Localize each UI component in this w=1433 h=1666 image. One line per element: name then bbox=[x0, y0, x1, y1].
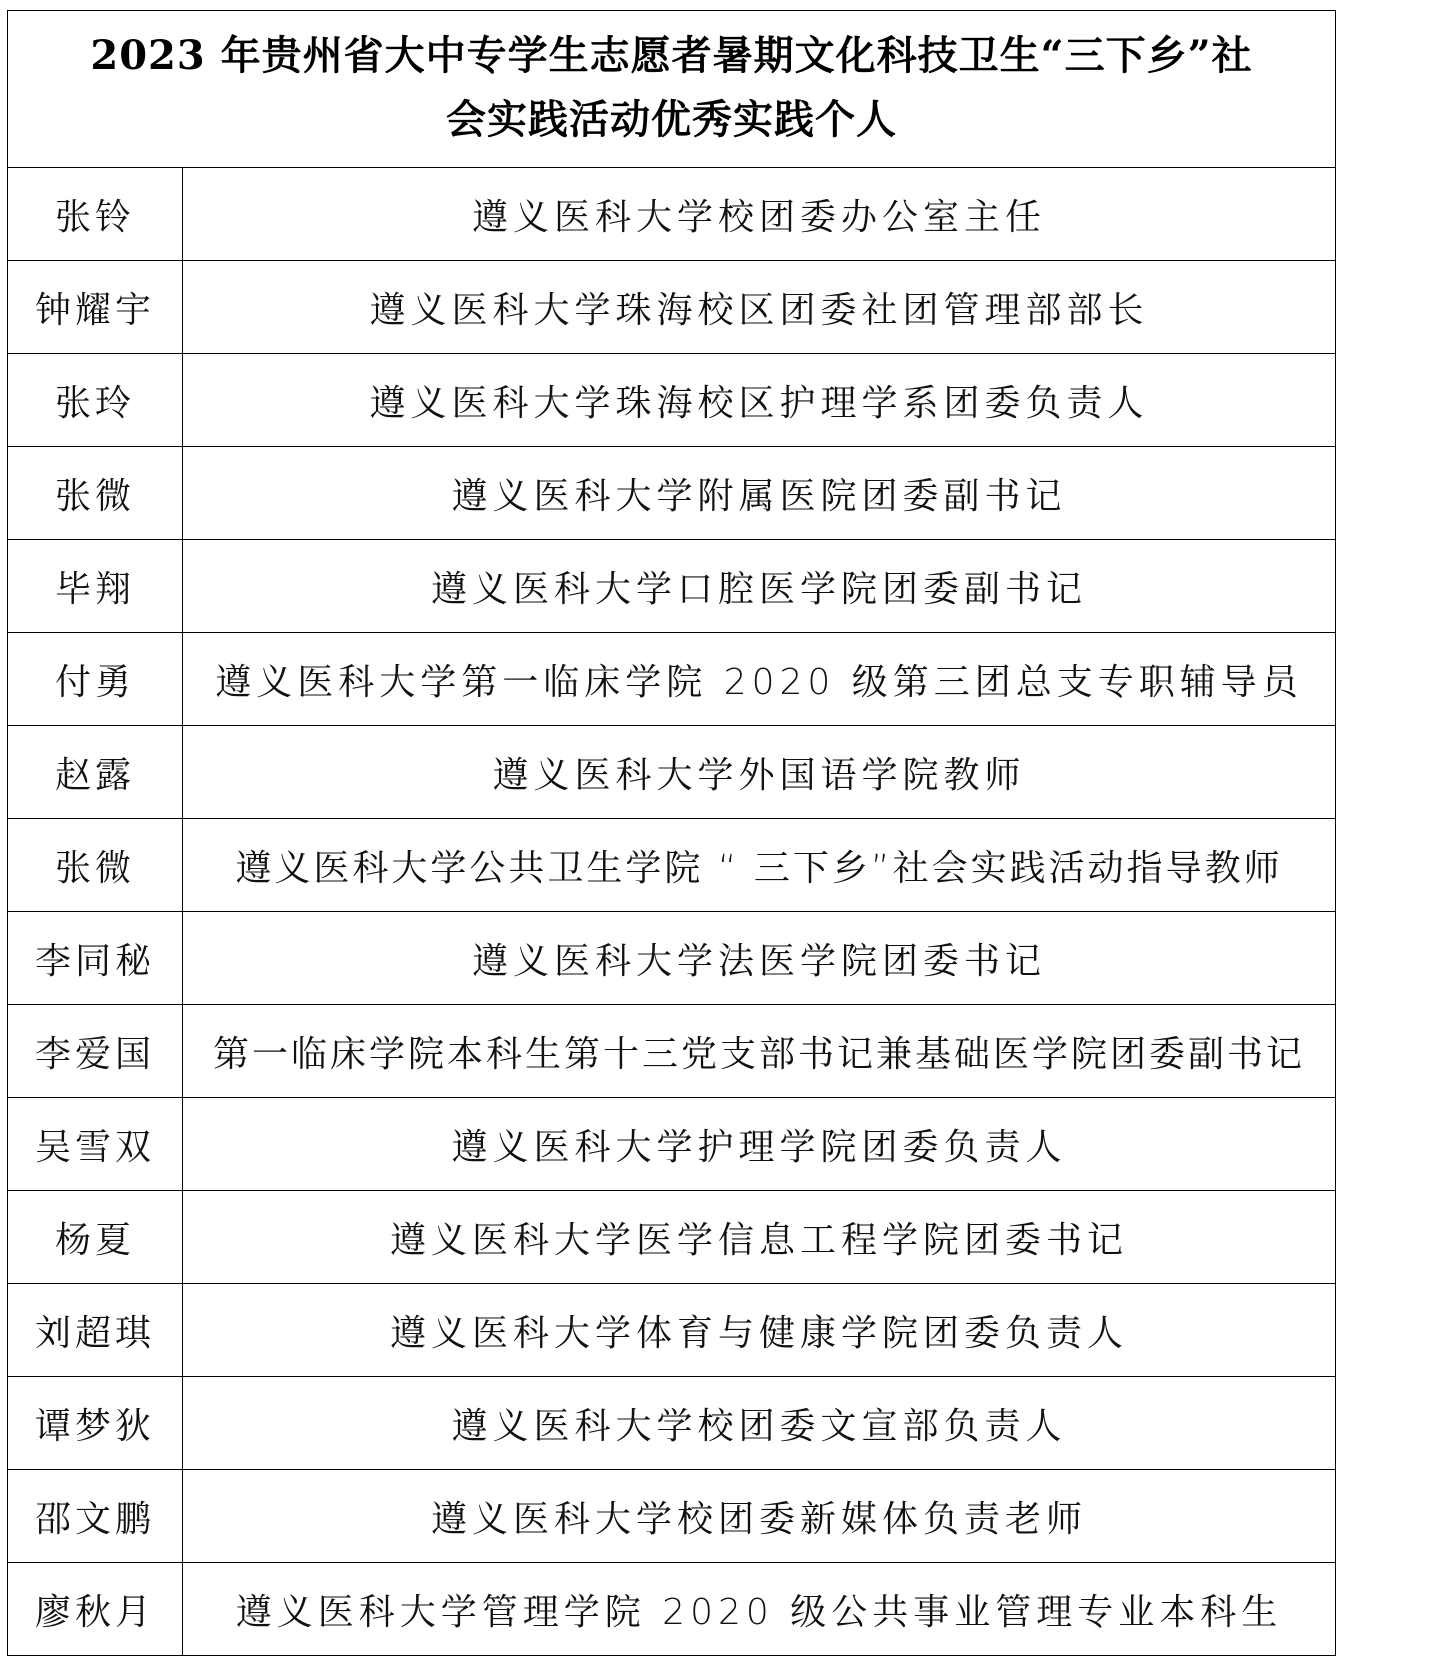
honoree-name: 张微 bbox=[8, 447, 183, 540]
honoree-name: 付勇 bbox=[8, 633, 183, 726]
honoree-role: 遵义医科大学第一临床学院 2020 级第三团总支专职辅导员 bbox=[183, 633, 1336, 726]
table-row: 刘超琪 遵义医科大学体育与健康学院团委负责人 bbox=[8, 1284, 1336, 1377]
honoree-name: 廖秋月 bbox=[8, 1563, 183, 1656]
table-row: 谭梦狄 遵义医科大学校团委文宣部负责人 bbox=[8, 1377, 1336, 1470]
honoree-name: 赵露 bbox=[8, 726, 183, 819]
table-row: 毕翔 遵义医科大学口腔医学院团委副书记 bbox=[8, 540, 1336, 633]
honoree-name: 邵文鹏 bbox=[8, 1470, 183, 1563]
honoree-role: 遵义医科大学护理学院团委负责人 bbox=[183, 1098, 1336, 1191]
honoree-role: 遵义医科大学校团委新媒体负责老师 bbox=[183, 1470, 1336, 1563]
honoree-role: 遵义医科大学珠海校区护理学系团委负责人 bbox=[183, 354, 1336, 447]
table-row: 张微 遵义医科大学公共卫生学院 “ 三下乡”社会实践活动指导教师 bbox=[8, 819, 1336, 912]
table-row: 赵露 遵义医科大学外国语学院教师 bbox=[8, 726, 1336, 819]
honoree-role: 遵义医科大学珠海校区团委社团管理部部长 bbox=[183, 261, 1336, 354]
honoree-name: 张铃 bbox=[8, 168, 183, 261]
honoree-table: 2023 年贵州省大中专学生志愿者暑期文化科技卫生“三下乡”社 会实践活动优秀实… bbox=[7, 10, 1336, 1656]
honoree-name: 李同秘 bbox=[8, 912, 183, 1005]
honoree-role: 遵义医科大学校团委文宣部负责人 bbox=[183, 1377, 1336, 1470]
table-row: 李同秘 遵义医科大学法医学院团委书记 bbox=[8, 912, 1336, 1005]
table-row: 钟耀宇 遵义医科大学珠海校区团委社团管理部部长 bbox=[8, 261, 1336, 354]
honoree-role: 遵义医科大学附属医院团委副书记 bbox=[183, 447, 1336, 540]
honoree-name: 吴雪双 bbox=[8, 1098, 183, 1191]
table-row: 吴雪双 遵义医科大学护理学院团委负责人 bbox=[8, 1098, 1336, 1191]
honoree-role: 遵义医科大学医学信息工程学院团委书记 bbox=[183, 1191, 1336, 1284]
table-row: 张微 遵义医科大学附属医院团委副书记 bbox=[8, 447, 1336, 540]
honoree-role: 遵义医科大学外国语学院教师 bbox=[183, 726, 1336, 819]
honoree-name: 杨夏 bbox=[8, 1191, 183, 1284]
title-line-1: 2023 年贵州省大中专学生志愿者暑期文化科技卫生“三下乡”社 bbox=[18, 24, 1325, 88]
honoree-role: 遵义医科大学校团委办公室主任 bbox=[183, 168, 1336, 261]
title-line-2: 会实践活动优秀实践个人 bbox=[18, 88, 1325, 152]
table-row: 李爱国 第一临床学院本科生第十三党支部书记兼基础医学院团委副书记 bbox=[8, 1005, 1336, 1098]
honoree-name: 李爱国 bbox=[8, 1005, 183, 1098]
honoree-role: 遵义医科大学口腔医学院团委副书记 bbox=[183, 540, 1336, 633]
table-row: 廖秋月 遵义医科大学管理学院 2020 级公共事业管理专业本科生 bbox=[8, 1563, 1336, 1656]
honoree-role: 第一临床学院本科生第十三党支部书记兼基础医学院团委副书记 bbox=[183, 1005, 1336, 1098]
table-row: 杨夏 遵义医科大学医学信息工程学院团委书记 bbox=[8, 1191, 1336, 1284]
honoree-role: 遵义医科大学公共卫生学院 “ 三下乡”社会实践活动指导教师 bbox=[183, 819, 1336, 912]
table-row: 张玲 遵义医科大学珠海校区护理学系团委负责人 bbox=[8, 354, 1336, 447]
title-row: 2023 年贵州省大中专学生志愿者暑期文化科技卫生“三下乡”社 会实践活动优秀实… bbox=[8, 11, 1336, 168]
table-row: 张铃 遵义医科大学校团委办公室主任 bbox=[8, 168, 1336, 261]
honoree-name: 钟耀宇 bbox=[8, 261, 183, 354]
honoree-name: 谭梦狄 bbox=[8, 1377, 183, 1470]
honoree-name: 毕翔 bbox=[8, 540, 183, 633]
honoree-name: 刘超琪 bbox=[8, 1284, 183, 1377]
table-row: 付勇 遵义医科大学第一临床学院 2020 级第三团总支专职辅导员 bbox=[8, 633, 1336, 726]
table-row: 邵文鹏 遵义医科大学校团委新媒体负责老师 bbox=[8, 1470, 1336, 1563]
document-title: 2023 年贵州省大中专学生志愿者暑期文化科技卫生“三下乡”社 会实践活动优秀实… bbox=[8, 11, 1336, 168]
honoree-name: 张玲 bbox=[8, 354, 183, 447]
honoree-role: 遵义医科大学法医学院团委书记 bbox=[183, 912, 1336, 1005]
honoree-name: 张微 bbox=[8, 819, 183, 912]
honoree-role: 遵义医科大学体育与健康学院团委负责人 bbox=[183, 1284, 1336, 1377]
honoree-role: 遵义医科大学管理学院 2020 级公共事业管理专业本科生 bbox=[183, 1563, 1336, 1656]
